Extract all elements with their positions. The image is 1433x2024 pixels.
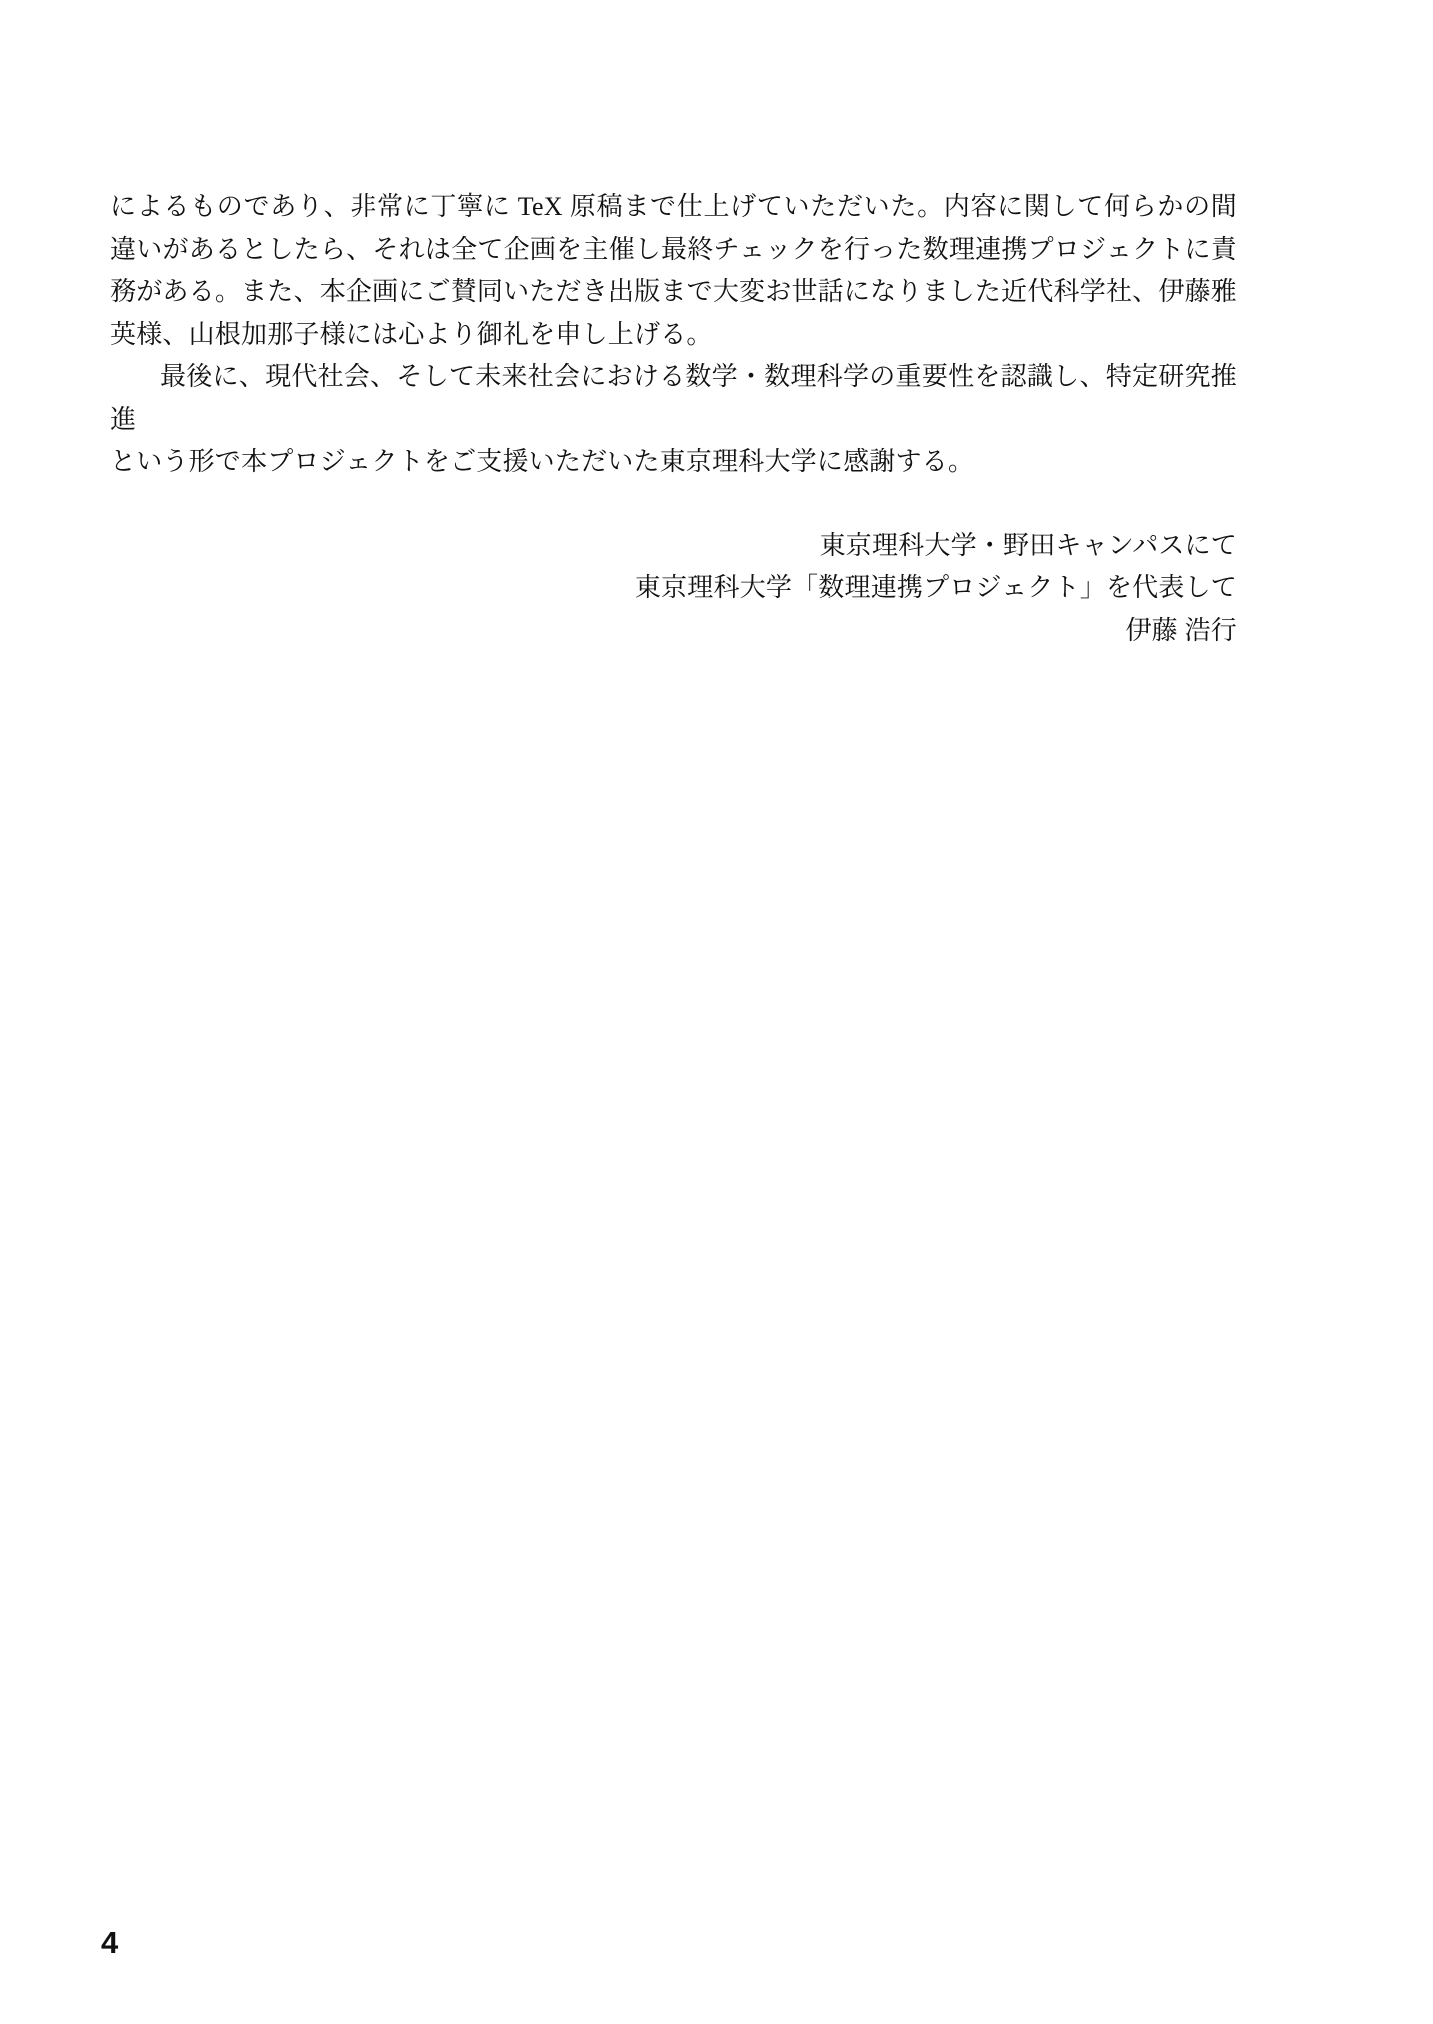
body-text-line: 英様、山根加那子様には心より御礼を申し上げる。: [110, 314, 1237, 357]
paragraph-acknowledgment: によるものであり、非常に丁寧に TeX 原稿まで仕上げていただいた。内容に関して…: [110, 186, 1237, 356]
body-text-line: 最後に、現代社会、そして未来社会における数学・数理科学の重要性を認識し、特定研究…: [110, 356, 1237, 441]
document-page: によるものであり、非常に丁寧に TeX 原稿まで仕上げていただいた。内容に関して…: [0, 0, 1433, 2024]
signature-line-author-name: 伊藤 浩行: [110, 610, 1237, 653]
body-text-line: 違いがあるとしたら、それは全て企画を主催し最終チェックを行った数理連携プロジェク…: [110, 229, 1237, 272]
body-text-line: によるものであり、非常に丁寧に TeX 原稿まで仕上げていただいた。内容に関して…: [110, 186, 1237, 229]
signature-line-location: 東京理科大学・野田キャンパスにて: [110, 525, 1237, 568]
page-number: 4: [101, 1927, 118, 1958]
body-text-line: 務がある。また、本企画にご賛同いただき出版まで大変お世話になりました近代科学社、…: [110, 271, 1237, 314]
signature-line-representing: 東京理科大学「数理連携プロジェクト」を代表して: [110, 567, 1237, 610]
body-text-line: という形で本プロジェクトをご支援いただいた東京理科大学に感謝する。: [110, 441, 1237, 484]
body-text-block: によるものであり、非常に丁寧に TeX 原稿まで仕上げていただいた。内容に関して…: [110, 186, 1237, 652]
signature-block: 東京理科大学・野田キャンパスにて 東京理科大学「数理連携プロジェクト」を代表して…: [110, 525, 1237, 653]
paragraph-thanks: 最後に、現代社会、そして未来社会における数学・数理科学の重要性を認識し、特定研究…: [110, 356, 1237, 484]
